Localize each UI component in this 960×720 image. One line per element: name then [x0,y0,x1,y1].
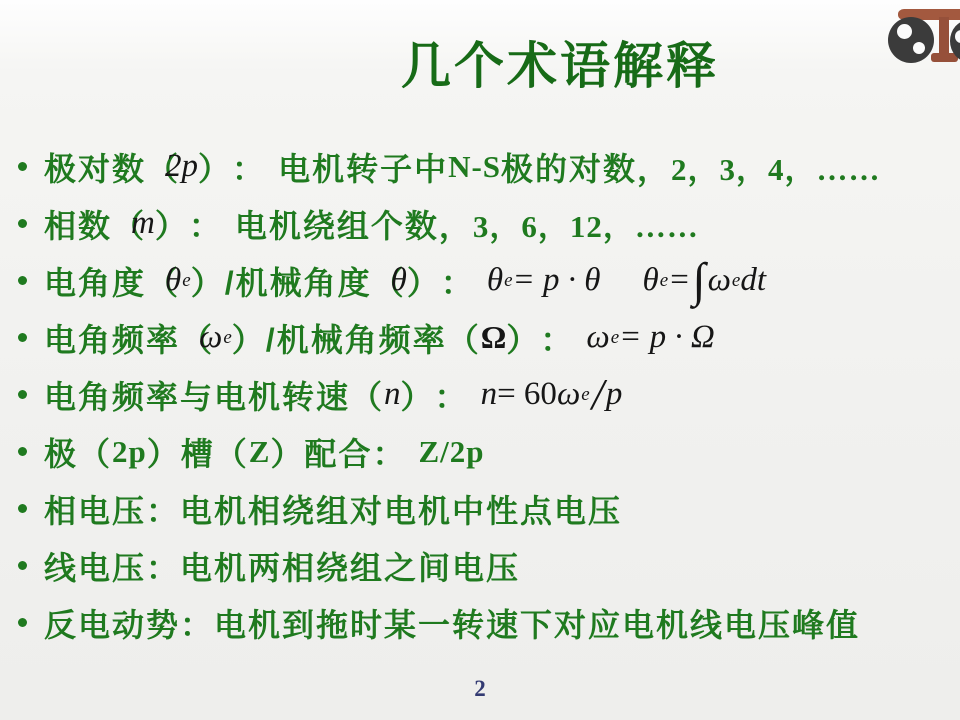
paren-open: （ [447,315,481,361]
formula-omega: ω [557,376,580,413]
bullet-item-phase-number: 相数 （ m ） ： 电机绕组个数， 3，6，12，…… [12,195,954,252]
slide-title: 几个术语解释 [0,26,960,98]
math-subscript: e [182,270,190,292]
math-subscript: e [504,270,512,292]
math-subscript: e [581,384,589,406]
term-label: /机械角度 [225,258,372,304]
bullet-item-angular-frequency: 电角频率 （ ωe ） /机械角频率 （ Ω ） ： ωe = p · Ω [12,309,954,366]
math-subscript: e [223,327,231,349]
math-symbol: 2p [165,148,198,185]
term-label: 电角频率与电机转速 [44,372,350,418]
page-number: 2 [0,676,960,702]
latin-text: 2p [112,434,147,470]
colon: ： [540,315,574,361]
slide: 几个术语解释 极对数 （ 2p ） ： 电机转子中 N-S 极的对数， 2，3，… [0,0,960,720]
term-label: 电角度 [44,258,146,304]
formula-omega: ω [586,319,609,356]
bullet-item-pole-pairs: 极对数 （ 2p ） ： 电机转子中 N-S 极的对数， 2，3，4，…… [12,138,954,195]
definition-text: 电机转子中 [278,144,448,190]
bullet-item-electrical-angle: 电角度 （ θe ） /机械角度 （ θ ） ： θe = p · θ θe =… [12,252,954,309]
colon: ： [441,258,475,304]
formula-n: n [481,376,498,413]
colon: ： [189,201,223,247]
formula-body: = p · Ω [619,319,715,356]
paren-close: ） [155,201,189,247]
bullet-icon [18,276,27,285]
colon: ： [435,372,469,418]
bullet-icon [18,390,27,399]
paren-open: （ [350,372,384,418]
definition-text: 电机绕组个数， [235,201,473,247]
formula-theta-e: θ [487,262,503,299]
math-symbol: m [131,205,155,242]
bullet-item-speed-relation: 电角频率与电机转速 （ n ） ： n = 60ωe/p [12,366,954,423]
math-symbol: θ [165,262,181,299]
number-list: 2，3，4，…… [671,144,881,189]
latin-text: Z/2p [418,434,484,470]
paren-close: ） [506,315,540,361]
formula-dt: dt [740,262,766,299]
paren-close: ） [191,258,225,304]
number-list: 3，6，12，…… [473,201,699,246]
definition-text: 反电动势：电机到拖时某一转速下对应电机线电压峰值 [44,600,860,646]
math-subscript: e [732,270,740,292]
bullet-icon [18,561,27,570]
bullet-icon [18,618,27,627]
paren-close: ） [407,258,441,304]
paren-close: ） [198,144,232,190]
formula-theta-e: θ [643,262,659,299]
formula-omega: ω [708,262,731,299]
math-subscript: e [660,270,668,292]
math-symbol: ω [199,319,222,356]
colon: ： [232,144,266,190]
paren-close: ） [401,372,435,418]
formula-equals: = [668,262,690,299]
bullet-item-pole-slot: 极（ 2p ）槽（ Z ）配合： Z/2p [12,423,954,480]
math-symbol: n [384,376,401,413]
bullet-item-back-emf: 反电动势：电机到拖时某一转速下对应电机线电压峰值 [12,594,954,651]
term-label: /机械角频率 [266,315,447,361]
definition-text: 相电压：电机相绕组对电机中性点电压 [44,486,622,532]
bullet-icon [18,219,27,228]
term-label: ）槽（ [147,429,249,475]
bullet-list: 极对数 （ 2p ） ： 电机转子中 N-S 极的对数， 2，3，4，…… 相数… [12,138,954,651]
formula-equals-60: = 60 [497,376,557,413]
math-subscript: e [611,327,619,349]
bullet-icon [18,447,27,456]
term-label: 相数 [44,201,112,247]
definition-text: 线电压：电机两相绕组之间电压 [44,543,520,589]
term-label: ）配合： [270,429,406,475]
formula-body: = p · θ [513,262,601,299]
bullet-item-line-voltage: 线电压：电机两相绕组之间电压 [12,537,954,594]
term-label: 极（ [44,429,112,475]
math-symbol-omega-cap: Ω [481,319,507,356]
bullet-icon [18,162,27,171]
latin-text: N-S [448,149,501,185]
bullet-item-phase-voltage: 相电压：电机相绕组对电机中性点电压 [12,480,954,537]
definition-text: 极的对数， [501,144,671,190]
latin-text: Z [249,434,271,470]
bullet-icon [18,504,27,513]
formula-p: p [606,376,623,413]
term-label: 电角频率 [44,315,180,361]
term-label: 极对数 [44,144,146,190]
bullet-icon [18,333,27,342]
math-symbol: θ [391,262,407,299]
paren-close: ） [232,315,266,361]
